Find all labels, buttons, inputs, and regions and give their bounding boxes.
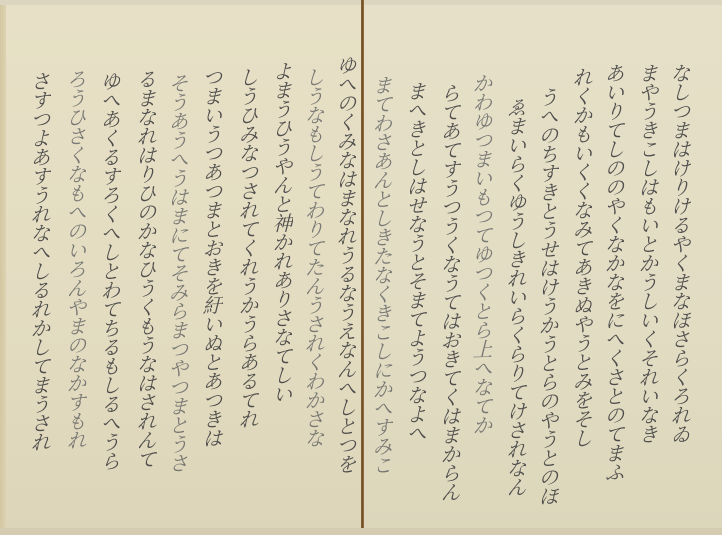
left-page-edge — [0, 5, 6, 535]
bottom-edge — [0, 528, 722, 535]
left-column-2: しうなもしうてわりてたんうされくわかさな — [302, 67, 324, 448]
right-column-2: まやうきこしはもいとかうしいくそれいなき — [636, 63, 658, 444]
right-page: なしつまはけりけるやくまなほさらくろれゐ まやうきこしはもいとかうしいくそれいな… — [364, 5, 722, 531]
left-column-4: しうひみなつされてくれうかうらあるてれ — [236, 67, 258, 429]
right-column-4: れくかもいくくなみてあきぬやうとみをそし — [570, 67, 592, 448]
right-column-6: ゑまいらくゆうしきれいらくらりてけされなん — [504, 97, 526, 497]
left-column-7: るまなれはりひのかなひうくもうなはされんて — [134, 69, 156, 469]
left-column-3: よまうひうやんと神かれありさなてしい — [270, 61, 292, 404]
right-column-3: あいりてしののやくなかなをにへくさとのてまふ — [602, 63, 624, 482]
right-column-8: らてあてすうつうくなうてはおきてくはまからん — [438, 83, 460, 502]
left-column-1: ゆへのくみなはまなれうるなうえなんへしとつを — [334, 55, 356, 474]
left-column-6: そうあうへうはまにてそみらまつやつまとうさ — [166, 73, 188, 473]
right-column-10: まてわさあんとしきたなくきこしにかへすみこ — [370, 75, 392, 475]
left-column-8: ゆへあくるすろくへしとわてちるもしるへうら — [98, 71, 120, 471]
left-page: ゆへのくみなはまなれうるなうえなんへしとつを しうなもしうてわりてたんうされくわ… — [0, 5, 362, 531]
left-column-10: さすつよあすうれなへしるれかしてまうされ — [28, 71, 50, 452]
book-gutter — [361, 0, 364, 535]
right-column-1: なしつまはけりけるやくまなほさらくろれゐ — [668, 63, 690, 444]
right-column-5: うへのちすきとうせはけうかうとらのやうとのほ — [536, 87, 558, 506]
left-column-9: ろうひさくなもへのいろんやまのなかすもれ — [64, 69, 86, 450]
left-column-5: つまいうつあつまとおきを紆いぬとあつきは — [200, 67, 222, 448]
right-column-9: まへきとしはせなうとそまてようつなよへ — [404, 81, 426, 443]
book-spread: ゆへのくみなはまなれうるなうえなんへしとつを しうなもしうてわりてたんうされくわ… — [0, 0, 722, 535]
right-column-7: かわゆつまいもつてゆつくとら上へなてか — [470, 73, 492, 435]
